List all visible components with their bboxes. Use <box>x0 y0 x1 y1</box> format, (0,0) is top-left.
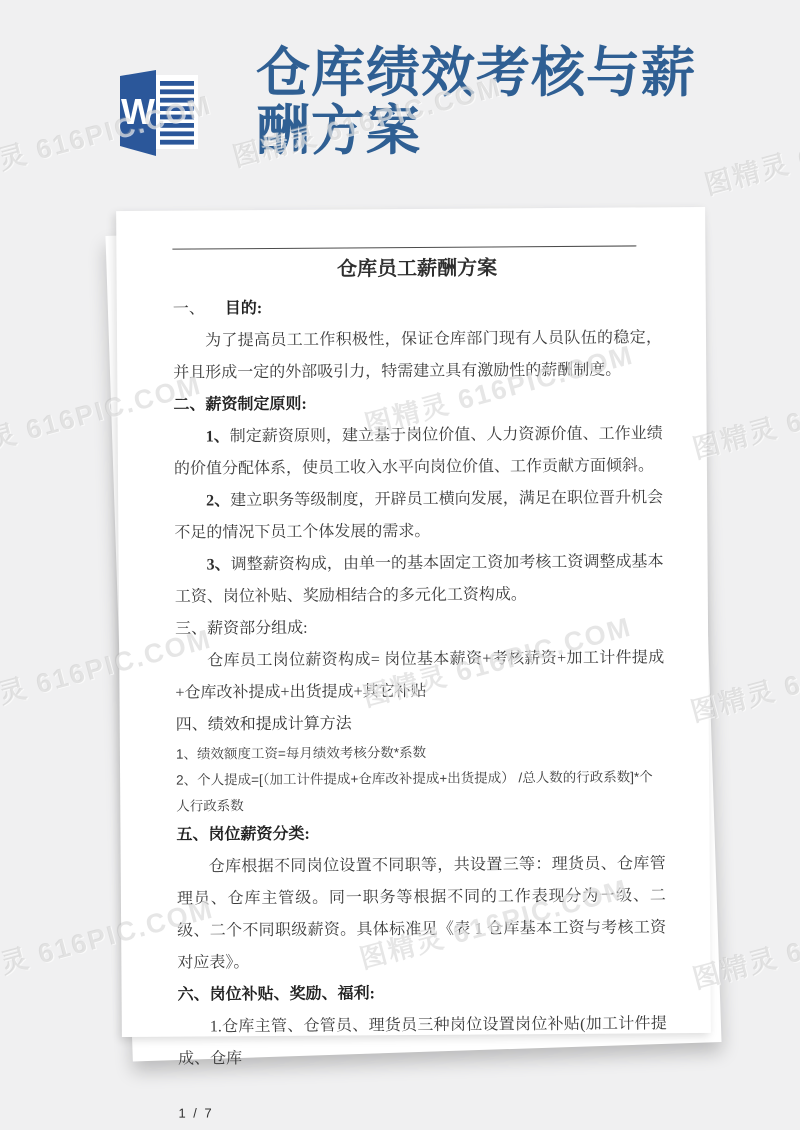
item-number: 3、 <box>207 556 231 573</box>
section-1-paragraph: 为了提高员工工作积极性，保证仓库部门现有人员队伍的稳定，并且形成一定的外部吸引力… <box>173 322 662 389</box>
section-6-heading: 六、岗位补贴、奖励、福利: <box>177 976 666 1011</box>
section-3-formula: 仓库员工岗位薪资构成= 岗位基本薪资+考核薪资+加工计件提成+仓库改补提成+出货… <box>175 642 664 709</box>
section-2-heading: 二、薪资制定原则: <box>173 386 662 421</box>
section-4-heading: 四、绩效和提成计算方法 <box>176 706 665 741</box>
section-1-heading: 一、目的: <box>173 290 662 325</box>
section-6-paragraph: 1.仓库主管、仓管员、理货员三种岗位设置岗位补贴(加工计件提成、仓库 <box>178 1008 667 1075</box>
section-5-heading: 五、岗位薪资分类: <box>176 816 665 851</box>
section-5-paragraph: 仓库根据不同岗位设置不同职等，共设置三等：理货员、仓库管理员、仓库主管级。同一职… <box>177 848 667 979</box>
document-preview-page[interactable]: 仓库员工薪酬方案 一、目的: 为了提高员工工作积极性，保证仓库部门现有人员队伍的… <box>116 207 711 1037</box>
word-icon-letter: W <box>121 91 155 132</box>
item-number: 2、 <box>206 492 230 509</box>
document-content: 仓库员工薪酬方案 一、目的: 为了提高员工工作积极性，保证仓库部门现有人员队伍的… <box>116 207 711 1037</box>
section-4-item-1: 1、绩效额度工资=每月绩效考核分数*系数 <box>176 738 665 767</box>
section-4-item-2: 2、个人提成=[（加工计件提成+仓库改补提成+出货提成） /总人数的行政系数]*… <box>176 764 665 819</box>
section-2-item-1: 1、制定薪资原则，建立基于岗位价值、人力资源价值、工作业绩的价值分配体系，使员工… <box>174 418 663 485</box>
word-icon: W <box>110 62 210 168</box>
section-1-number: 一、 <box>173 300 205 317</box>
section-3-heading: 三、薪资部分组成: <box>175 610 664 645</box>
document-title: 仓库员工薪酬方案 <box>172 252 661 285</box>
page-number-indicator: 1 / 7 <box>178 1102 667 1120</box>
item-text: 调整薪资构成，由单一的基本固定工资加考核工资调整成基本工资、岗位补贴、奖励相结合… <box>175 553 664 605</box>
section-2-item-2: 2、建立职务等级制度，开辟员工横向发展，满足在职位晋升机会不足的情况下员工个体发… <box>174 482 663 549</box>
item-number: 1、 <box>206 428 230 445</box>
item-text: 制定薪资原则，建立基于岗位价值、人力资源价值、工作业绩的价值分配体系，使员工收入… <box>174 425 663 477</box>
section-2-item-3: 3、调整薪资构成，由单一的基本固定工资加考核工资调整成基本工资、岗位补贴、奖励相… <box>174 546 663 613</box>
page-title-line2: 酬方案 <box>256 102 726 160</box>
header: W 仓库绩效考核与薪 酬方案 <box>0 0 800 200</box>
section-1-label: 目的: <box>225 300 262 317</box>
page-title-line1: 仓库绩效考核与薪 <box>256 44 726 102</box>
word-icon-page <box>156 75 198 149</box>
page-title: 仓库绩效考核与薪 酬方案 <box>256 44 726 160</box>
title-rule <box>172 245 636 249</box>
item-text: 建立职务等级制度，开辟员工横向发展，满足在职位晋升机会不足的情况下员工个体发展的… <box>174 489 663 541</box>
